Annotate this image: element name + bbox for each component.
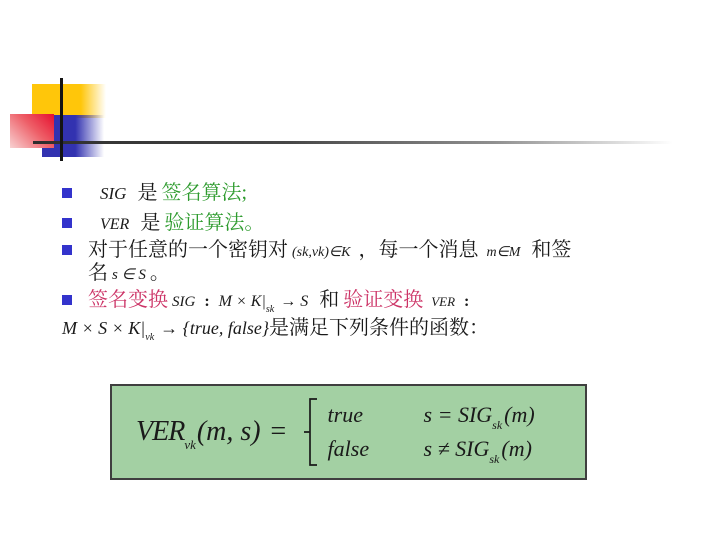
math-arrow-s: → S — [280, 293, 308, 310]
decoration-yellow-square — [32, 84, 106, 118]
case-false-cond-tail: (m) — [501, 436, 532, 461]
formula-args: (m, s) — [197, 416, 261, 447]
case-false-cond-pre: s ≠ SIG — [424, 436, 490, 461]
line3-cn2: ，每一个消息 — [358, 239, 478, 261]
formula-lhs: VERvk(m, s)= — [136, 416, 288, 448]
case-true-cond-pre: s = SIG — [424, 402, 493, 427]
case-row-true: true s = SIGsk(m) — [328, 402, 535, 428]
bullet-line-keypair-row2: 名 s ∈ S 。 — [88, 261, 170, 285]
formula-equals: = — [269, 416, 288, 447]
line3b-cn1: 名 — [88, 262, 108, 284]
line3-cn3: 和签 — [531, 239, 571, 261]
formula-box: VERvk(m, s)= true s = SIGsk(m) false s ≠… — [110, 384, 587, 480]
math-ver: VER — [100, 216, 129, 233]
line4-colon2: : — [464, 293, 469, 310]
math-truefalse-set: → {true, false} — [160, 318, 269, 338]
bullet-marker-3 — [62, 245, 72, 255]
math-sig: SIG — [100, 184, 126, 203]
line4-cn-he: 和 — [319, 289, 339, 311]
math-keypair: (sk,vk)∈K — [292, 245, 350, 260]
decoration-vertical-line — [60, 78, 63, 161]
line2-shi: 是 — [140, 212, 160, 234]
slide: SIG 是 签名算法; VER 是 验证算法。 对于任意的一个密钥对 (sk,v… — [0, 0, 720, 540]
cases-brace — [304, 397, 318, 467]
decoration-horizontal-line — [33, 141, 673, 144]
case-false-cond-sub: sk — [489, 452, 499, 466]
line2-green-phrase: 验证算法。 — [164, 212, 264, 234]
bullet-line-sig: SIG 是 签名算法; — [100, 181, 247, 205]
line4-magenta-verify-transform: 验证变换 — [343, 289, 423, 311]
line1-shi: 是 — [137, 182, 157, 204]
case-true-condition: s = SIGsk(m) — [424, 402, 535, 428]
math-domain-ver: M × S × K| — [62, 318, 145, 338]
math-sub-vk: vk — [145, 332, 154, 343]
line5-cn: 是满足下列条件的函数： — [269, 317, 489, 339]
case-true-cond-tail: (m) — [504, 402, 535, 427]
line3-cn1: 对于任意的一个密钥对 — [88, 239, 288, 261]
case-false-value: false — [328, 436, 424, 462]
bullet-marker-2 — [62, 218, 72, 228]
bullet-marker-1 — [62, 188, 72, 198]
bullet-marker-4 — [62, 295, 72, 305]
math-domain-sig: M × K| — [219, 293, 266, 310]
math-sig2: SIG — [172, 294, 195, 310]
math-signature: s ∈ S — [112, 267, 146, 283]
formula-func-sub-vk: vk — [184, 437, 196, 452]
bullet-line-transforms: 签名变换 SIG : M × K|sk → S 和 验证变换 VER : — [88, 288, 474, 312]
line-ver-domain: M × S × K|vk → {true, false}是满足下列条件的函数： — [62, 316, 489, 340]
case-false-condition: s ≠ SIGsk(m) — [424, 436, 532, 462]
line1-green-phrase: 签名算法; — [161, 182, 247, 204]
case-true-value: true — [328, 402, 424, 428]
math-sub-sk: sk — [266, 304, 274, 315]
math-message: m∈M — [486, 245, 520, 260]
line4-magenta-sign-transform: 签名变换 — [88, 289, 168, 311]
bullet-line-keypair-row1: 对于任意的一个密钥对 (sk,vk)∈K ，每一个消息 m∈M 和签 — [88, 238, 571, 262]
math-ver2: VER — [431, 294, 455, 309]
formula-func-ver: VER — [136, 416, 184, 447]
case-row-false: false s ≠ SIGsk(m) — [328, 436, 535, 462]
line4-colon1: : — [204, 293, 209, 310]
line3b-cn2: 。 — [150, 262, 170, 284]
formula-cases: true s = SIGsk(m) false s ≠ SIGsk(m) — [328, 402, 535, 462]
case-true-cond-sub: sk — [492, 418, 502, 432]
bullet-line-ver: VER 是 验证算法。 — [100, 211, 264, 235]
